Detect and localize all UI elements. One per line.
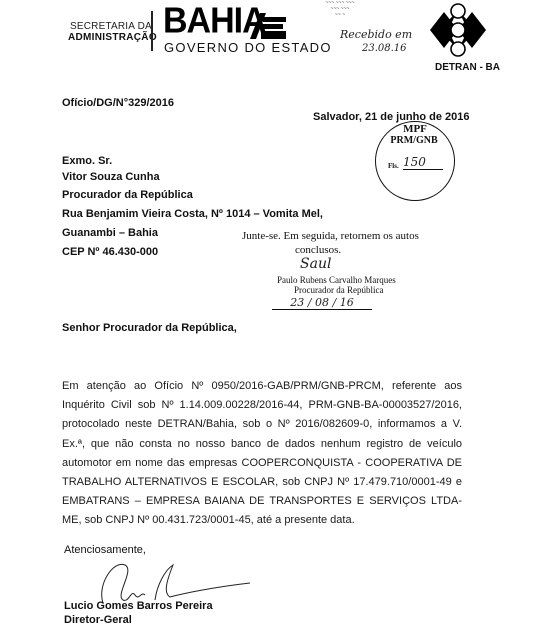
signer-role: Diretor-Geral — [64, 614, 132, 626]
bahia-flag-icon — [250, 13, 286, 39]
mpf-stamp-title: MPF — [390, 123, 440, 135]
recipient-greeting: Exmo. Sr. — [62, 155, 112, 167]
mpf-stamp-fls-label: Fls. — [388, 162, 399, 170]
letter-body: Em atenção ao Ofício Nº 0950/2016-GAB/PR… — [62, 377, 462, 531]
mpf-stamp-unit: PRM/GNB — [382, 135, 446, 146]
letter-reference: Ofício/DG/N°329/2016 — [62, 97, 174, 109]
recipient-postal-code: CEP Nº 46.430-000 — [62, 246, 158, 258]
administracao-label: ADMINISTRAÇÃO — [68, 32, 157, 43]
recipient-title: Procurador da República — [62, 189, 193, 201]
despacho-date: 23 / 08 / 16 — [272, 296, 372, 310]
mpf-stamp-fls-value: 150 — [403, 155, 443, 170]
detran-label: DETRAN - BA — [435, 62, 500, 73]
secretaria-label: SECRETARIA DA — [70, 21, 152, 32]
receipt-stamp-date: 23.08.16 — [362, 43, 407, 54]
signature-icon — [95, 555, 255, 605]
recipient-city: Guanambi – Bahia — [62, 227, 158, 239]
despacho-signer-role: Procurador da República — [294, 285, 383, 295]
governo-estado-label: GOVERNO DO ESTADO — [164, 40, 332, 55]
despacho-line2: conclusos. — [295, 244, 341, 256]
despacho-signature: Saul — [300, 256, 331, 272]
receipt-stamp-smudge: ~~~ ~~~ ~~~~~~ ~~~~~ ~ — [300, 0, 380, 18]
recipient-street: Rua Benjamim Vieira Costa, Nº 1014 – Vom… — [62, 208, 323, 220]
recipient-name: Vitor Souza Cunha — [62, 171, 160, 183]
receipt-stamp-text: Recebido em — [340, 28, 412, 41]
signer-name: Lucio Gomes Barros Pereira — [64, 600, 213, 612]
despacho-line1: Junte-se. Em seguida, retornem os autos — [242, 230, 419, 242]
place-date: Salvador, 21 de junho de 2016 — [313, 111, 470, 123]
detran-logo-icon — [418, 2, 498, 62]
header-divider — [151, 11, 153, 51]
despacho-signer-name: Paulo Rubens Carvalho Marques — [277, 275, 396, 285]
salutation: Senhor Procurador da República, — [62, 322, 237, 334]
